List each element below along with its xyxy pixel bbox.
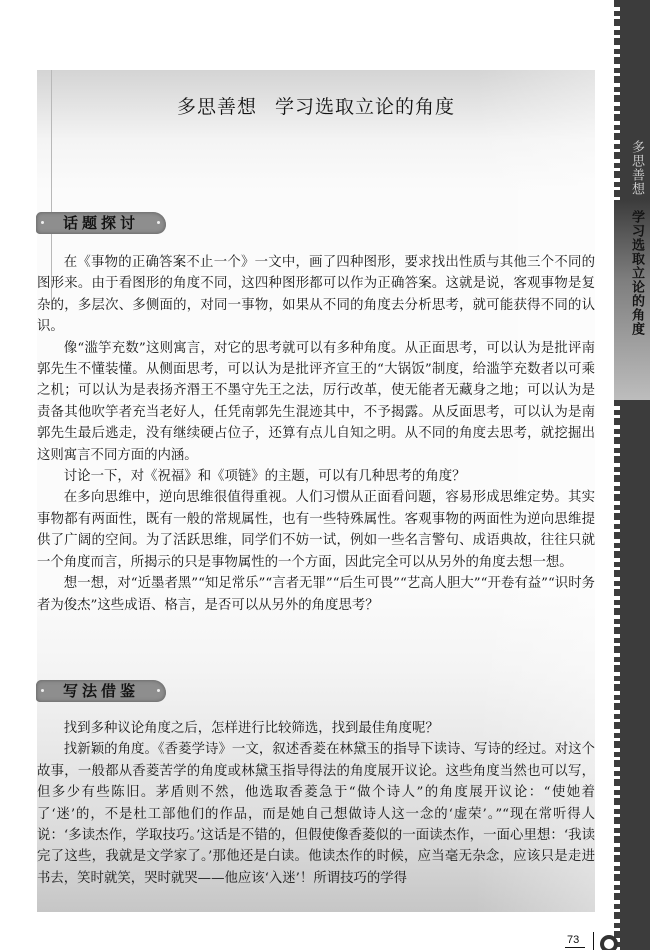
section-badge-writing-reference: 写法借鉴 <box>36 680 166 702</box>
paragraph: 讨论一下，对《祝福》和《项链》的主题，可以有几种思考的角度？ <box>37 466 595 487</box>
paragraph: 想一想，对“近墨者黑”“知足常乐”“言者无罪”“后生可畏”“艺高人胆大”“开卷有… <box>37 573 595 616</box>
badge-nail-icon <box>41 689 44 692</box>
badge-nail-icon <box>41 221 44 224</box>
paragraph: 在多向思维中，逆向思维很值得重视。人们习惯从正面看问题，容易形成思维定势。其实事… <box>37 487 595 573</box>
paragraph: 像“滥竽充数”这则寓言，对它的思考就可以有多种角度。从正面思考，可以认为是批评南… <box>37 338 595 466</box>
sidebar-title-part1: 多思善想 <box>629 140 644 196</box>
page-number: 73 <box>565 933 585 948</box>
page-title-part2: 学习选取立论的角度 <box>275 96 455 118</box>
badge-nail-icon <box>157 689 160 692</box>
section-badge-topic-discussion: 话题探讨 <box>36 212 166 234</box>
section-badge-label: 话题探讨 <box>63 214 139 232</box>
sidebar-title-part2: 学习选取立论的角度 <box>629 210 644 336</box>
sidebar-vertical-title: 多思善想学习选取立论的角度 <box>623 140 649 336</box>
page-ring-icon <box>600 935 618 950</box>
section-badge-label: 写法借鉴 <box>63 682 139 700</box>
badge-nail-icon <box>157 221 160 224</box>
section-topic-discussion-body: 在《事物的正确答案不止一个》一文中，画了四种图形，要求找出性质与其他三个不同的图… <box>37 252 595 616</box>
page-title: 多思善想学习选取立论的角度 <box>0 92 632 119</box>
paragraph: 在《事物的正确答案不止一个》一文中，画了四种图形，要求找出性质与其他三个不同的图… <box>37 252 595 338</box>
page-title-part1: 多思善想 <box>177 96 257 118</box>
paragraph: 找新颖的角度。《香菱学诗》一文，叙述香菱在林黛玉的指导下读诗、写诗的经过。对这个… <box>37 739 595 889</box>
section-writing-reference-body: 找到多种议论角度之后，怎样进行比较筛选，找到最佳角度呢？ 找新颖的角度。《香菱学… <box>37 718 595 889</box>
page-number-divider <box>593 932 594 950</box>
paragraph: 找到多种议论角度之后，怎样进行比较筛选，找到最佳角度呢？ <box>37 718 595 739</box>
